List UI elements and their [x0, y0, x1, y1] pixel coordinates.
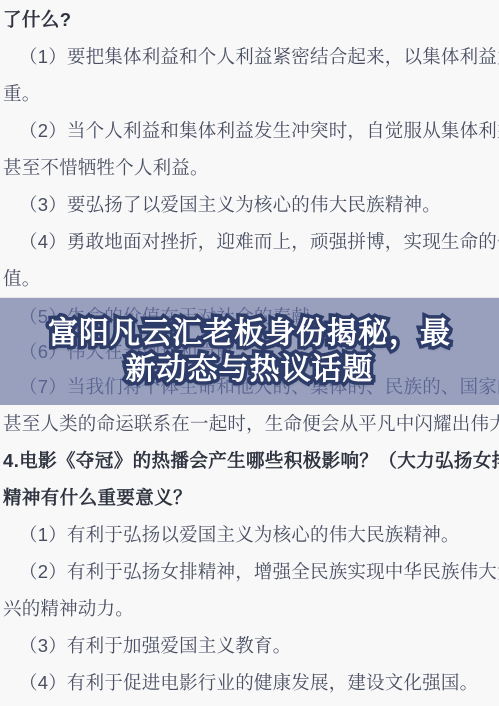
- text-line: （1）有利于弘扬以爱国主义为核心的伟大民族精神。: [0, 516, 499, 553]
- text-line: 精神有什么重要意义？: [0, 479, 499, 516]
- text-line: （2）有利于弘扬女排精神，增强全民族实现中华民族伟大复: [0, 553, 499, 590]
- watermark-band: （5）生命的价值在于对社会的奉献。（6）伟大在于创造和贡献。（7）当我们将个体生…: [0, 297, 499, 405]
- text-line: 兴的精神动力。: [0, 590, 499, 627]
- text-line: （3）有利于加强爱国主义教育。: [0, 627, 499, 664]
- text-line: （5）生命的价值在于对社会的奉献。: [0, 299, 499, 334]
- text-line: 甚至不惜牺牲个人利益。: [0, 149, 499, 186]
- text-line: （3）要弘扬了以爱国主义为核心的伟大民族精神。: [0, 186, 499, 223]
- text-line: 4.电影《夺冠》的热播会产生哪些积极影响？（大力弘扬女排: [0, 442, 499, 479]
- text-line: （1）要把集体利益和个人利益紧密结合起来，以集体利益为: [0, 38, 499, 75]
- text-line: （4）有利于促进电影行业的健康发展，建设文化强国。: [0, 664, 499, 701]
- document-text-top: 了什么?（1）要把集体利益和个人利益紧密结合起来，以集体利益为重。（2）当个人利…: [0, 0, 499, 297]
- text-line: （4）勇敢地面对挫折，迎难而上，顽强拼博，实现生命的价: [0, 223, 499, 260]
- text-line: 了什么?: [0, 1, 499, 38]
- text-line: 重。: [0, 75, 499, 112]
- document-page: 了什么?（1）要把集体利益和个人利益紧密结合起来，以集体利益为重。（2）当个人利…: [0, 0, 499, 706]
- document-text-under-watermark: （5）生命的价值在于对社会的奉献。（6）伟大在于创造和贡献。（7）当我们将个体生…: [0, 299, 499, 404]
- document-text-bottom: 甚至人类的命运联系在一起时，生命便会从平凡中闪耀出伟大。4.电影《夺冠》的热播会…: [0, 405, 499, 701]
- text-line: （6）伟大在于创造和贡献。: [0, 334, 499, 369]
- text-line: 甚至人类的命运联系在一起时，生命便会从平凡中闪耀出伟大。: [0, 405, 499, 442]
- text-line: （7）当我们将个体生命和他人的、集体的、民族的、国家的: [0, 369, 499, 404]
- text-line: （2）当个人利益和集体利益发生冲突时，自觉服从集体利益，: [0, 112, 499, 149]
- text-line: 值。: [0, 260, 499, 297]
